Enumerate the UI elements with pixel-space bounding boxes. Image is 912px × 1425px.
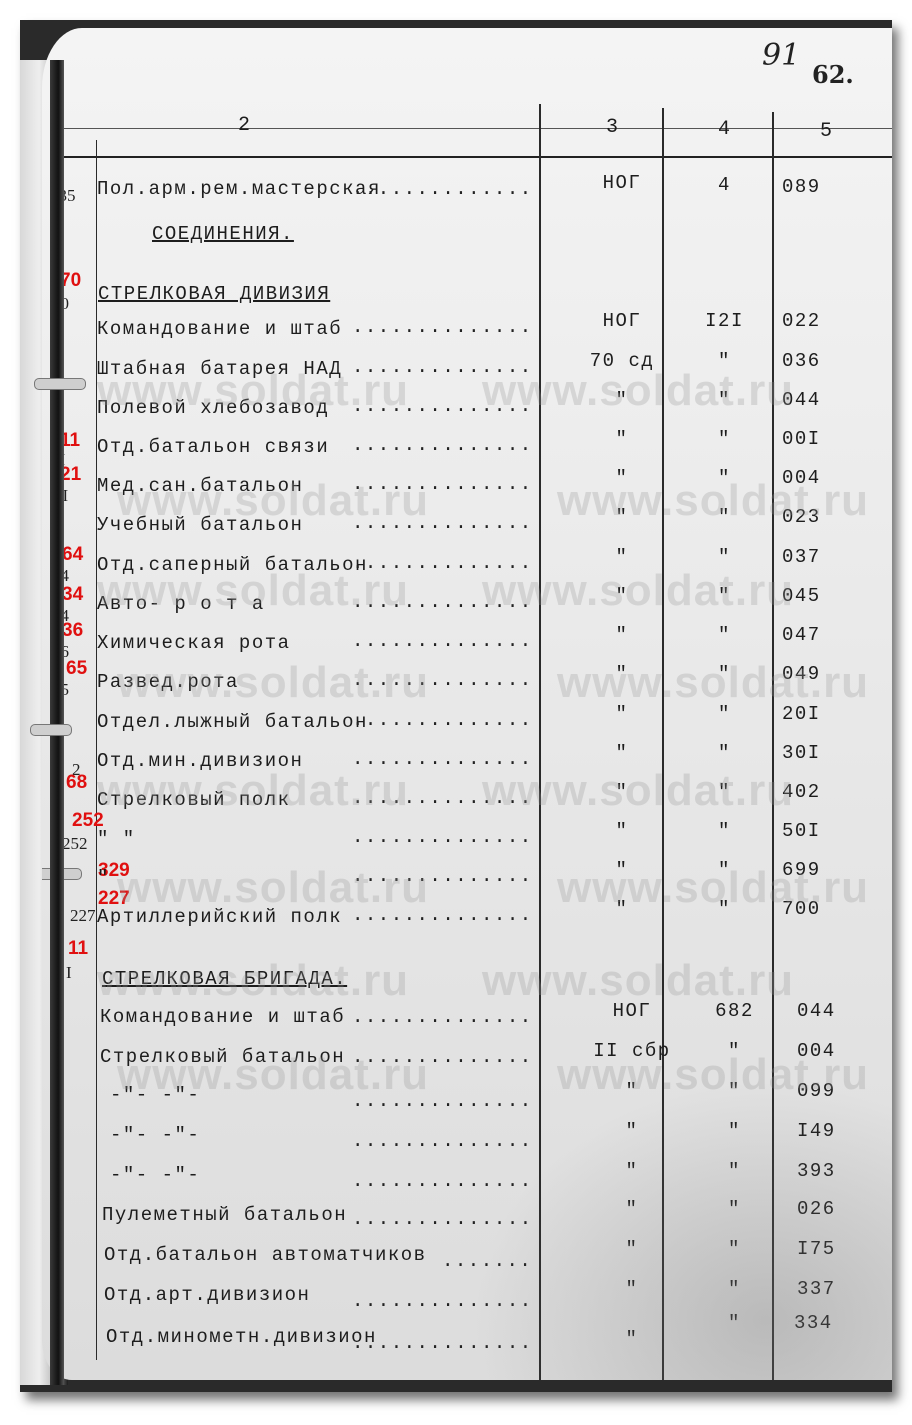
table-row: Отд.батальон связи .................... … (42, 428, 892, 462)
watermark: www.soldat.ru (482, 366, 794, 416)
dot-leader: .................... (352, 434, 527, 456)
count-cell: " (682, 820, 767, 842)
code-cell: I75 (797, 1238, 857, 1260)
location-cell: " (577, 1198, 687, 1220)
stamped-page-number: 62. (812, 60, 854, 89)
watermark: www.soldat.ru (482, 766, 794, 816)
location-cell: " (567, 624, 677, 646)
code-cell: 393 (797, 1160, 857, 1182)
binder-spine (50, 60, 64, 1385)
table-row: Пол.арм.рем.мастерская .................… (42, 168, 892, 202)
unit-name: Отд.минометн.дивизион (106, 1326, 377, 1348)
unit-name: -"- -"- (110, 1164, 200, 1186)
table-row: Отд.минометн.дивизион ..................… (42, 1320, 892, 1354)
watermark: www.soldat.ru (97, 366, 409, 416)
header-rule (62, 156, 892, 158)
location-cell: " (567, 742, 677, 764)
code-cell: 50I (782, 820, 842, 842)
watermark: www.soldat.ru (482, 956, 794, 1006)
table-row: Пулеметный батальон ....................… (42, 1198, 892, 1232)
location-cell: " (577, 1278, 687, 1300)
dot-leader: .................... (352, 709, 527, 731)
unit-name: -"- -"- (110, 1124, 200, 1146)
unit-name: " (97, 867, 110, 889)
count-cell: " (692, 1198, 777, 1220)
table-row: -"- -"- .................... " " I49 (42, 1120, 892, 1154)
margin-number: I (66, 963, 72, 983)
table-row: " " .................... " " 50I (42, 820, 892, 854)
count-cell: " (692, 1160, 777, 1182)
watermark: www.soldat.ru (557, 658, 869, 708)
red-annotation: 11 (68, 938, 88, 960)
unit-name: Химическая рота (97, 632, 291, 654)
dot-leader: .................... (352, 1170, 527, 1192)
table-row: Химическая рота .................... " "… (42, 624, 892, 658)
unit-name: " " (97, 828, 136, 850)
watermark: www.soldat.ru (117, 658, 429, 708)
dot-leader: .................... (352, 630, 527, 652)
table-row: Командование и штаб ....................… (42, 310, 892, 344)
location-cell: " (567, 428, 677, 450)
dot-leader: .................... (352, 826, 527, 848)
count-cell: 4 (682, 174, 767, 196)
table-row: -"- -"- .................... " " 393 (42, 1160, 892, 1194)
count-cell: " (692, 1312, 777, 1334)
count-cell: " (692, 1238, 777, 1260)
watermark: www.soldat.ru (117, 476, 429, 526)
watermark: www.soldat.ru (117, 863, 429, 913)
code-cell: 044 (797, 1000, 857, 1022)
count-cell: " (682, 624, 767, 646)
location-cell: " (577, 1238, 687, 1260)
watermark: www.soldat.ru (482, 566, 794, 616)
code-cell: 022 (782, 310, 842, 332)
column-header-5: 5 (820, 120, 834, 143)
binder-ring (34, 378, 86, 390)
code-cell: 037 (782, 546, 842, 568)
watermark: www.soldat.ru (97, 766, 409, 816)
handwritten-page-number: 91 (762, 38, 800, 73)
division-heading: СТРЕЛКОВАЯ ДИВИЗИЯ (98, 283, 330, 305)
column-header-4: 4 (718, 118, 732, 141)
location-cell: " (567, 546, 677, 568)
code-cell: 337 (797, 1278, 857, 1300)
table-row: Отд.арт.дивизион .................... " … (42, 1278, 892, 1312)
count-cell: " (692, 1278, 777, 1300)
unit-name: Отд.арт.дивизион (104, 1284, 310, 1306)
table-row: Отдел.лыжный батальон ..................… (42, 703, 892, 737)
location-cell: " (577, 1120, 687, 1142)
column-header-3: 3 (606, 116, 620, 139)
code-cell: I49 (797, 1120, 857, 1142)
watermark: www.soldat.ru (557, 863, 869, 913)
unit-name: Пулеметный батальон (102, 1204, 347, 1226)
dot-leader: .................... (442, 1250, 527, 1272)
unit-name: Отд.батальон связи (97, 436, 329, 458)
dot-leader: .................... (352, 1130, 527, 1152)
column-header-2: 2 (238, 114, 252, 137)
watermark: www.soldat.ru (97, 956, 409, 1006)
location-cell: " (577, 1328, 687, 1350)
location-cell: " (567, 820, 677, 842)
watermark: www.soldat.ru (557, 476, 869, 526)
code-cell: 334 (794, 1312, 854, 1334)
dot-leader: .................... (352, 316, 527, 338)
count-cell: I2I (682, 310, 767, 332)
section-title: СОЕДИНЕНИЯ. (152, 223, 294, 245)
watermark: www.soldat.ru (117, 1050, 429, 1100)
dot-leader: .................... (352, 1208, 527, 1230)
watermark: www.soldat.ru (97, 566, 409, 616)
binder-ring (30, 724, 72, 736)
unit-name: Командование и штаб (97, 318, 342, 340)
dot-leader: .................... (352, 178, 527, 200)
code-cell: 047 (782, 624, 842, 646)
location-cell: НОГ (567, 310, 677, 332)
unit-name: Отд.батальон автоматчиков (104, 1244, 427, 1266)
watermark: www.soldat.ru (557, 1050, 869, 1100)
dot-leader: .................... (352, 1290, 527, 1312)
count-cell: " (682, 546, 767, 568)
document-page: 91 62. I 2 3 4 5 235 Пол.арм.рем.мастерс… (42, 28, 892, 1380)
dot-leader: .................... (352, 1332, 527, 1354)
unit-name: Командование и штаб (100, 1006, 345, 1028)
code-cell: 089 (782, 176, 842, 198)
table-row: Отд.батальон автоматчиков ..............… (42, 1238, 892, 1272)
code-cell: 30I (782, 742, 842, 764)
code-cell: 00I (782, 428, 842, 450)
code-cell: 026 (797, 1198, 857, 1220)
count-cell: " (692, 1120, 777, 1142)
count-cell: " (682, 428, 767, 450)
unit-name: Отдел.лыжный батальон (97, 711, 368, 733)
unit-name: Пол.арм.рем.мастерская (97, 178, 381, 200)
location-cell: НОГ (567, 172, 677, 194)
count-cell: " (682, 742, 767, 764)
table-top-rule (62, 128, 892, 129)
dot-leader: .................... (352, 1006, 527, 1028)
location-cell: " (577, 1160, 687, 1182)
